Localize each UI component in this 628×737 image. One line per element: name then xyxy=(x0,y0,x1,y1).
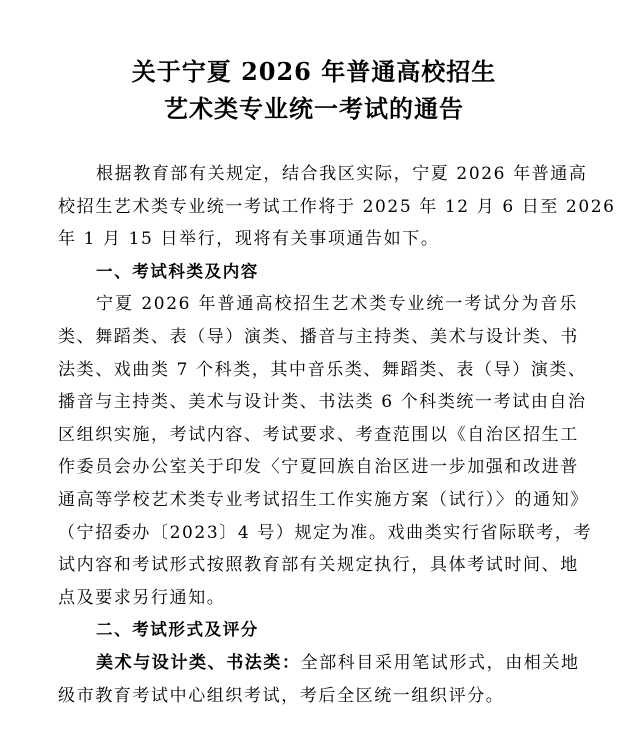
paragraph-line: 类、舞蹈类、表（导）演类、播音与主持类、美术与设计类、书 xyxy=(58,321,578,354)
section-heading-1: 一、考试科类及内容 xyxy=(58,256,578,289)
paragraph-line: 宁夏 2026 年普通高校招生艺术类专业统一考试分为音乐 xyxy=(58,288,578,321)
document-body: 根据教育部有关规定，结合我区实际，宁夏 2026 年普通高 校招生艺术类专业统一… xyxy=(58,158,578,712)
paragraph-line: 作委员会办公室关于印发〈宁夏回族自治区进一步加强和改进普 xyxy=(58,451,578,484)
paragraph-line: 美术与设计类、书法类：全部科目采用笔试形式，由相关地 xyxy=(58,647,578,680)
paragraph-line: 试内容和考试形式按照教育部有关规定执行，具体考试时间、地 xyxy=(58,549,578,582)
document-title-line-2: 艺术类专业统一考试的通告 xyxy=(0,93,628,125)
paragraph-line: 播音与主持类、美术与设计类、书法类 6 个科类统一考试由自治 xyxy=(58,386,578,419)
paragraph-line: 法类、戏曲类 7 个科类，其中音乐类、舞蹈类、表（导）演类、 xyxy=(58,354,578,387)
paragraph-line: 根据教育部有关规定，结合我区实际，宁夏 2026 年普通高 xyxy=(58,158,578,191)
section-1-paragraph: 宁夏 2026 年普通高校招生艺术类专业统一考试分为音乐 类、舞蹈类、表（导）演… xyxy=(58,288,578,614)
section-heading-2: 二、考试形式及评分 xyxy=(58,614,578,647)
section-2-paragraph: 美术与设计类、书法类：全部科目采用笔试形式，由相关地 级市教育考试中心组织考试，… xyxy=(58,647,578,712)
intro-paragraph: 根据教育部有关规定，结合我区实际，宁夏 2026 年普通高 校招生艺术类专业统一… xyxy=(58,158,578,256)
paragraph-line: 区组织实施，考试内容、考试要求、考查范围以《自治区招生工 xyxy=(58,419,578,452)
paragraph-text: 全部科目采用笔试形式，由相关地 xyxy=(301,653,580,673)
paragraph-line: 点及要求另行通知。 xyxy=(58,582,578,615)
paragraph-line: 通高等学校艺术类专业考试招生工作实施方案（试行）〉的通知》 xyxy=(58,484,578,517)
category-label: 美术与设计类、书法类： xyxy=(96,653,301,673)
document-title-line-1: 关于宁夏 2026 年普通高校招生 xyxy=(0,56,628,88)
paragraph-line: （宁招委办〔2023〕4 号）规定为准。戏曲类实行省际联考，考 xyxy=(58,517,578,550)
paragraph-line: 级市教育考试中心组织考试，考后全区统一组织评分。 xyxy=(58,680,578,713)
paragraph-line: 校招生艺术类专业统一考试工作将于 2025 年 12 月 6 日至 2026 xyxy=(58,191,578,224)
paragraph-line: 年 1 月 15 日举行，现将有关事项通告如下。 xyxy=(58,223,578,256)
